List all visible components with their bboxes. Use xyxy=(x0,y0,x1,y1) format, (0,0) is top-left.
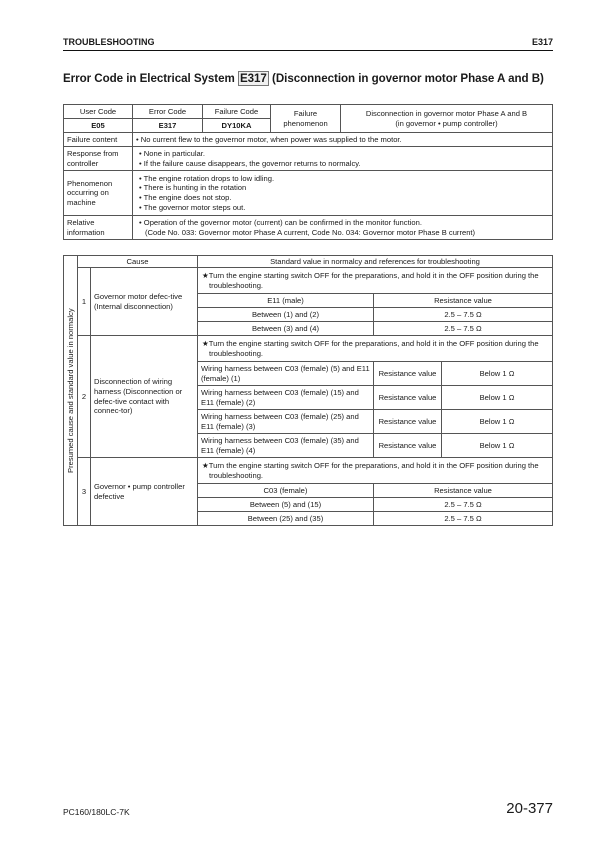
cause-3-col2: Resistance value xyxy=(374,484,553,498)
model-number: PC160/180LC-7K xyxy=(63,807,130,817)
error-code-label: Error Code xyxy=(133,105,203,119)
cause-1-col2: Resistance value xyxy=(374,294,553,308)
cause-2-text: Disconnection of wiring harness (Disconn… xyxy=(91,336,198,458)
user-code-label: User Code xyxy=(64,105,133,119)
relative-info-label: Relative information xyxy=(64,216,133,240)
user-code: E05 xyxy=(64,119,133,133)
failure-phenomenon-label: Failure phenomenon xyxy=(271,105,341,133)
page-title: Error Code in Electrical System E317 (Di… xyxy=(63,72,544,85)
cause-2-note: ★Turn the engine starting switch OFF for… xyxy=(198,336,553,362)
error-code-box: E317 xyxy=(238,71,269,86)
cause-3-col1: C03 (female) xyxy=(198,484,374,498)
cause-3-text: Governor • pump controller defective xyxy=(91,458,198,526)
failure-code: DY10KA xyxy=(203,119,271,133)
summary-table: User Code Error Code Failure Code Failur… xyxy=(63,104,553,240)
phenomenon-content: • The engine rotation drops to low idlin… xyxy=(133,171,553,216)
cause-1-number: 1 xyxy=(78,268,91,336)
page-header: TROUBLESHOOTING E317 xyxy=(63,36,553,51)
failure-phenomenon-value: Disconnection in governor motor Phase A … xyxy=(341,105,553,133)
section-title: TROUBLESHOOTING xyxy=(63,37,155,47)
failure-content-label: Failure content xyxy=(64,133,133,147)
cause-2-number: 2 xyxy=(78,336,91,458)
relative-info-content: • Operation of the governor motor (curre… xyxy=(133,216,553,240)
standard-header: Standard value in normalcy and reference… xyxy=(198,256,553,268)
cause-1-col1: E11 (male) xyxy=(198,294,374,308)
side-label: Presumed cause and standard value in nor… xyxy=(64,256,78,526)
cause-table: Presumed cause and standard value in nor… xyxy=(63,255,553,526)
response-label: Response from controller xyxy=(64,147,133,171)
failure-content: • No current flew to the governor motor,… xyxy=(133,133,553,147)
error-code: E317 xyxy=(133,119,203,133)
phenomenon-label: Phenomenon occurring on machine xyxy=(64,171,133,216)
page-number: 20-377 xyxy=(506,800,553,817)
cause-1-note: ★Turn the engine starting switch OFF for… xyxy=(198,268,553,294)
response-content: • None in particular. • If the failure c… xyxy=(133,147,553,171)
failure-code-label: Failure Code xyxy=(203,105,271,119)
cause-3-number: 3 xyxy=(78,458,91,526)
cause-1-text: Governor motor defec-tive (Internal disc… xyxy=(91,268,198,336)
header-code: E317 xyxy=(532,37,553,47)
cause-3-note: ★Turn the engine starting switch OFF for… xyxy=(198,458,553,484)
cause-header: Cause xyxy=(78,256,198,268)
